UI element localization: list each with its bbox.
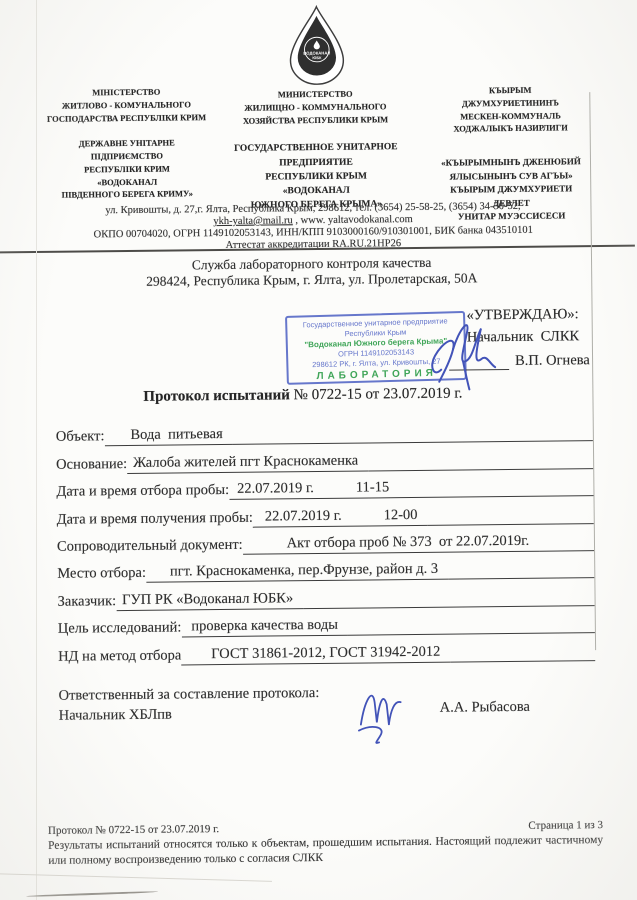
scanned-protocol-page: ВОДОКАНАЛ ЮБК МІНІСТЕРСТВО ЖИТЛОВО - КОМ… bbox=[0, 0, 637, 900]
field-label: Дата и время отбора пробы: bbox=[56, 482, 229, 502]
field-label: НД на метод отбора bbox=[58, 647, 181, 666]
protocol-title-number: № 0722-15 от 23.07.2019 г. bbox=[290, 385, 463, 403]
field-gap bbox=[314, 480, 356, 497]
approver-name: В.П. Огнева bbox=[515, 352, 590, 370]
logo-emblem-text-2: ЮБК bbox=[312, 56, 322, 60]
field-sampling-place: Место отбора: пгт. Краснокаменка, пер.Фр… bbox=[57, 551, 594, 584]
document-content: ВОДОКАНАЛ ЮБК МІНІСТЕРСТВО ЖИТЛОВО - КОМ… bbox=[0, 0, 637, 900]
field-value: 22.07.2019 г.12-00 bbox=[253, 506, 428, 527]
field-label: Место отбора: bbox=[57, 565, 146, 584]
rybasova-signature-ink bbox=[350, 680, 409, 747]
field-time: 11-15 bbox=[356, 479, 389, 496]
field-label: Основание: bbox=[56, 456, 127, 475]
field-sampling-method-standard: НД на метод отбора ГОСТ 31861-2012, ГОСТ… bbox=[58, 633, 595, 666]
field-date: 22.07.2019 г. bbox=[237, 480, 314, 498]
field-label: Объект: bbox=[56, 429, 105, 448]
website-text: , www. yaltavodokanal.com bbox=[293, 214, 413, 226]
field-label: Цель исследований: bbox=[58, 620, 182, 639]
field-value: Акт отбора проб № 373 от 22.07.2019г. bbox=[243, 533, 540, 555]
footer-page-number: Страница 1 из 3 bbox=[528, 819, 603, 832]
scan-left-edge-artifact bbox=[36, 0, 37, 900]
field-label: Заказчик: bbox=[57, 593, 116, 612]
header-column-russian: МИНИСТЕРСТВО ЖИЛИЩНО - КОММУНАЛЬНОГО ХОЗ… bbox=[209, 87, 422, 214]
field-purpose: Цель исследований: проверка качества вод… bbox=[58, 606, 595, 639]
enterprise-name-uk: ДЕРЖАВНЕ УНІТАРНЕ ПІДПРИЄМСТВО РЕСПУБЛІК… bbox=[43, 136, 212, 202]
field-object: Объект: Вода питьевая bbox=[56, 414, 593, 447]
ministry-name-uk: МІНІСТЕРСТВО ЖИТЛОВО - КОМУНАЛЬНОГО ГОСП… bbox=[42, 85, 210, 125]
ministry-name-ru: МИНИСТЕРСТВО ЖИЛИЩНО - КОММУНАЛЬНОГО ХОЗ… bbox=[209, 87, 421, 127]
field-customer: Заказчик: ГУП РК «Водоканал ЮБК» bbox=[57, 578, 594, 611]
field-time: 12-00 bbox=[384, 507, 418, 524]
field-date: 22.07.2019 г. bbox=[265, 507, 342, 525]
field-value: ГОСТ 31861-2012, ГОСТ 31942-2012 bbox=[181, 643, 450, 665]
field-value: Жалоба жителей пгт Краснокаменка bbox=[127, 452, 368, 474]
ogneva-signature-ink bbox=[423, 307, 506, 392]
field-underline bbox=[450, 660, 595, 663]
footer-protocol-ref: Протокол № 0722-15 от 23.07.2019 г. bbox=[48, 823, 219, 837]
lab-service-block: Служба лабораторного контроля качества 2… bbox=[0, 253, 625, 291]
protocol-fields: Объект: Вода питьевая Основание: Жалоба … bbox=[56, 414, 596, 666]
logo-emblem-text-1: ВОДОКАНАЛ bbox=[303, 50, 330, 55]
field-value: 22.07.2019 г.11-15 bbox=[229, 479, 399, 500]
footer-legal-text: Результаты испытаний относятся только к … bbox=[48, 833, 603, 869]
email-link: ykh-yalta@mail.ru bbox=[213, 215, 292, 227]
field-value: проверка качества воды bbox=[181, 617, 348, 638]
header-column-ukrainian: МІНІСТЕРСТВО ЖИТЛОВО - КОМУНАЛЬНОГО ГОСП… bbox=[42, 85, 211, 202]
page-footer: Протокол № 0722-15 от 23.07.2019 г. Стра… bbox=[48, 819, 603, 869]
field-value: ГУП РК «Водоканал ЮБК» bbox=[116, 590, 303, 611]
field-label: Сопроводительный документ: bbox=[57, 537, 243, 557]
field-basis: Основание: Жалоба жителей пгт Краснокаме… bbox=[56, 442, 593, 475]
field-accompanying-document: Сопроводительный документ: Акт отбора пр… bbox=[57, 524, 594, 557]
responsible-name: А.А. Рыбасова bbox=[440, 699, 530, 717]
field-value: пгт. Краснокаменка, пер.Фрунзе, район д.… bbox=[146, 561, 448, 583]
water-drop-logo: ВОДОКАНАЛ ЮБК bbox=[268, 3, 365, 86]
field-gap bbox=[342, 507, 384, 524]
protocol-title-bold: Протокол испытаний bbox=[143, 387, 290, 405]
field-sampling-datetime: Дата и время отбора пробы: 22.07.2019 г.… bbox=[56, 469, 593, 502]
ministry-name-crh: КЪЫРЫМ ДЖУМХУРИЕТИНИНЪ МЕСКЕН-КОММУНАЛЬ … bbox=[424, 83, 597, 136]
field-value: Вода питьевая bbox=[104, 426, 232, 446]
field-receipt-datetime: Дата и время получения пробы: 22.07.2019… bbox=[57, 496, 594, 529]
field-label: Дата и время получения пробы: bbox=[57, 509, 253, 529]
